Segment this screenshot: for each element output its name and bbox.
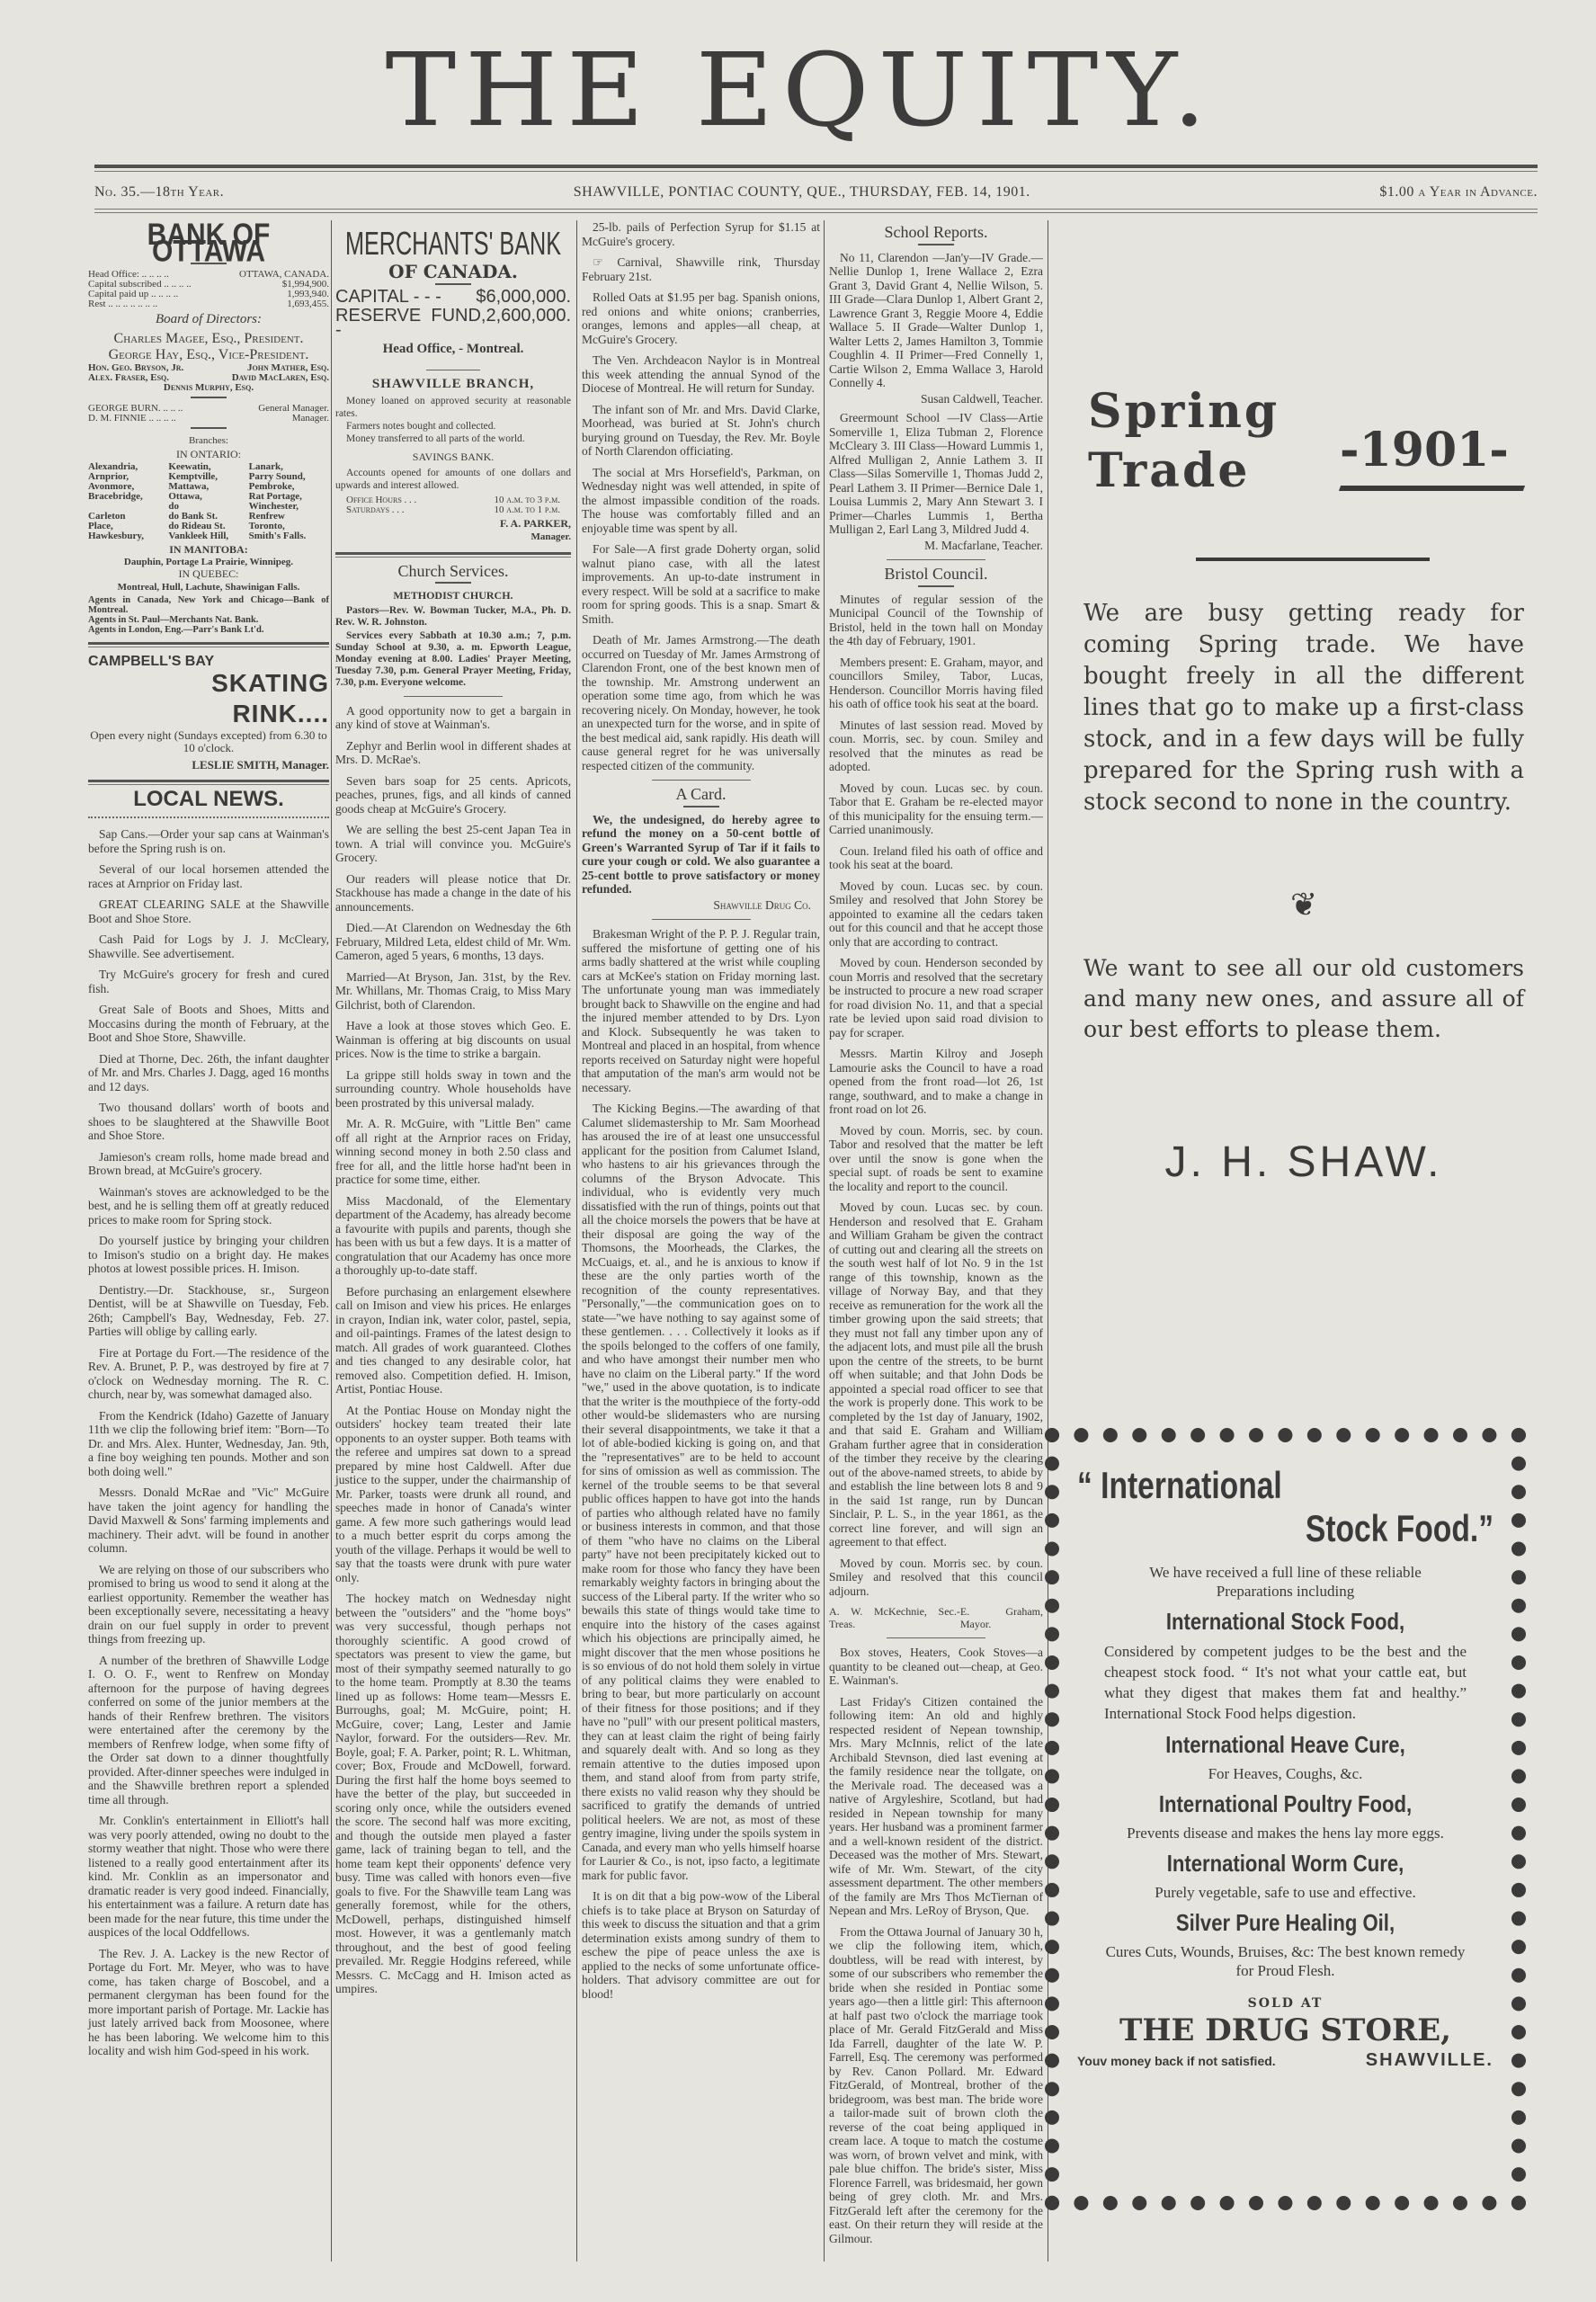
news-item: Moved by coun. Morris, sec. by coun. Tab… (829, 1124, 1043, 1194)
news-item: From the Ottawa Journal of January 30 h,… (829, 1925, 1043, 2246)
news-item: We are selling the best 25-cent Japan Te… (335, 823, 571, 865)
news-item: Great Sale of Boots and Shoes, Mitts and… (88, 1003, 329, 1045)
product-name: International Stock Food, (1109, 1608, 1463, 1636)
news-item: Died.—At Clarendon on Wednesday the 6th … (335, 921, 571, 963)
card-notice: A Card. We, the undesigned, do hereby ag… (582, 788, 820, 912)
spring-trade-ad: SpringTrade -1901- We are busy getting r… (1070, 220, 1538, 1425)
col2-news-list: A good opportunity now to get a bargain … (335, 704, 571, 1996)
branch-name: Renfrew (249, 512, 329, 522)
head-office: Head Office, - Montreal. (335, 343, 571, 357)
branch-name: Alexandria, (88, 462, 168, 472)
ontario-heading: IN ONTARIO: (88, 448, 329, 462)
savings-heading: SAVINGS BANK. (335, 451, 571, 465)
news-item: Miss Macdonald, of the Elementary depart… (335, 1194, 571, 1278)
bank-of-ottawa-title: BANK OF OTTAWA (88, 228, 329, 260)
news-item: It is on dit that a big pow-wow of the L… (582, 1889, 820, 2001)
news-item: Moved by coun. Henderson seconded by cou… (829, 956, 1043, 1039)
news-item: 25-lb. pails of Perfection Syrup for $1.… (582, 220, 820, 248)
skating-line-3: RINK.... (88, 699, 329, 729)
branch-name: Arnprior, (88, 472, 168, 482)
sold-at: SOLD AT (1077, 1996, 1493, 2011)
bank-line: Farmers notes bought and collected. (335, 420, 571, 433)
news-item: Messrs. Donald McRae and "Vic" McGuire h… (88, 1486, 329, 1556)
news-item: A number of the brethren of Shawville Lo… (88, 1654, 329, 1807)
news-item: Died at Thorne, Dec. 26th, the infant da… (88, 1052, 329, 1094)
dateline-rule-2 (94, 212, 1538, 213)
news-item: We are relying on those of our subscribe… (88, 1563, 329, 1646)
column-4: School Reports. No 11, Clarendon —Jan'y—… (829, 220, 1043, 2253)
news-item: At the Pontiac House on Monday night the… (335, 1404, 571, 1585)
spring-signature: J. H. SHAW. (1070, 1138, 1538, 1187)
branch-name: do (168, 502, 248, 512)
year-underline (1339, 486, 1525, 491)
branch-name: Hawkesbury, (88, 531, 168, 541)
news-item: Members present: E. Graham, mayor, and c… (829, 656, 1043, 711)
news-item: Wainman's stoves are acknowledged to be … (88, 1185, 329, 1227)
divider (426, 370, 480, 370)
agents: Agents in Canada, New York and Chicago—B… (88, 595, 329, 615)
news-item: La grippe still holds sway in town and t… (335, 1068, 571, 1111)
news-item: Several of our local horsemen attended t… (88, 862, 329, 890)
local-news-list: Sap Cans.—Order your sap cans at Wainman… (88, 827, 329, 2058)
subscription-price: $1.00 a Year in Advance. (1379, 184, 1538, 201)
branch-name: SHAWVILLE BRANCH, (335, 378, 571, 392)
branch-name: Bracebridge, (88, 492, 168, 502)
skating-line-1: CAMPBELL'S BAY (88, 655, 329, 669)
card-heading: A Card. (582, 788, 820, 802)
branch-name: Winchester, (249, 502, 329, 512)
bristol-signatures: A. W. McKechnie, Sec.-Treas.E. Graham, M… (829, 1605, 1043, 1630)
news-item: Messrs. Martin Kilroy and Joseph Lamouri… (829, 1047, 1043, 1117)
news-item: The hockey match on Wednesday night betw… (335, 1592, 571, 1996)
bank-row: Rest .. .. .. .. .. .. ..1,693,455. (88, 299, 329, 309)
news-item: The Kicking Begins.—The awarding of that… (582, 1102, 820, 1882)
col3-news-list-b: Brakesman Wright of the P. P. J. Regular… (582, 927, 820, 2001)
news-item: ☞ Carnival, Shawville rink, Thursday Feb… (582, 255, 820, 283)
product-desc: For Heaves, Coughs, &c. (1077, 1764, 1493, 1783)
manitoba-branches: Dauphin, Portage La Prairie, Winnipeg. (88, 557, 329, 567)
card-text: We, the undesigned, do hereby agree to r… (582, 813, 820, 897)
clarendon-report: No 11, Clarendon —Jan'y—IV Grade.—Nellie… (829, 251, 1043, 390)
service-times: Services every Sabbath at 10.30 a.m.; 7,… (335, 630, 571, 689)
divider (404, 696, 503, 697)
news-item: The Rev. J. A. Lackey is the new Rector … (88, 1947, 329, 2058)
masthead-title: THE EQUITY. (180, 31, 1421, 150)
vice-president: George Hay, Esq., Vice-President. (88, 347, 329, 363)
section-rule (88, 780, 329, 785)
bristol-council: Bristol Council. Minutes of regular sess… (829, 567, 1043, 1630)
news-item: Brakesman Wright of the P. P. J. Regular… (582, 927, 820, 1094)
branches-heading: Branches: (88, 434, 329, 449)
spring-body-1: We are busy getting ready for coming Spr… (1083, 598, 1524, 818)
news-item: Seven bars soap for 25 cents. Apricots, … (335, 774, 571, 816)
merchants-bank-ad: MERCHANTS' BANK OF CANADA. CAPITAL - - -… (335, 226, 571, 545)
product-desc: Cures Cuts, Wounds, Bruises, &c: The bes… (1077, 1942, 1493, 1980)
drug-store: THE DRUG STORE, (1077, 2012, 1493, 2048)
directors-row: Dennis Murphy, Esq. (88, 383, 329, 393)
column-divider (576, 220, 577, 2262)
news-item: Mr. Conklin's entertainment in Elliott's… (88, 1814, 329, 1940)
section-rule (88, 642, 329, 647)
branch-name: Lanark, (249, 462, 329, 472)
school-heading: School Reports. (829, 226, 1043, 240)
news-item: Moved by coun. Lucas sec. by coun. Tabor… (829, 781, 1043, 837)
stock-food-ad: “ International Stock Food.” We have rec… (1045, 1428, 1526, 2210)
wavy-rule (88, 811, 329, 818)
masthead-rule (94, 165, 1538, 168)
news-item: Moved by coun. Morris sec. by coun. Smil… (829, 1557, 1043, 1599)
local-news-heading: LOCAL NEWS. (88, 792, 329, 807)
quebec-branches: Montreal, Hull, Lachute, Shawinigan Fall… (88, 582, 329, 593)
manitoba-heading: IN MANITOBA: (88, 543, 329, 558)
news-item: Two thousand dollars' worth of boots and… (88, 1101, 329, 1143)
column-3: 25-lb. pails of Perfection Syrup for $1.… (582, 220, 820, 2008)
news-item: The social at Mrs Horsefield's, Parkman,… (582, 466, 820, 536)
news-item: Cash Paid for Logs by J. J. McCleary, Sh… (88, 932, 329, 960)
divider (1196, 558, 1430, 561)
stock-title-2: Stock Food.” (1161, 1507, 1493, 1550)
place-date: SHAWVILLE, PONTIAC COUNTY, QUE., THURSDA… (574, 184, 1030, 201)
product-name: International Poultry Food, (1109, 1790, 1463, 1818)
news-item: Moved by coun. Lucas sec. by coun. Hende… (829, 1200, 1043, 1549)
news-item: Minutes of regular session of the Munici… (829, 593, 1043, 648)
divider (652, 780, 751, 781)
branch-name: Parry Sound, (249, 472, 329, 482)
branch-name: Vankleek Hill, (168, 531, 248, 541)
divider (435, 582, 471, 584)
news-item: Coun. Ireland filed his oath of office a… (829, 844, 1043, 872)
bank-line: Money transferred to all parts of the wo… (335, 433, 571, 445)
directors-row: Hon. Geo. Bryson, Jr.John Mather, Esq. (88, 363, 329, 373)
column-2: MERCHANTS' BANK OF CANADA. CAPITAL - - -… (335, 220, 571, 2003)
stock-footer: Youv money back if not satisfied. SHAWVI… (1077, 2050, 1493, 2071)
capital-row: CAPITAL - - -$6,000,000. (335, 290, 571, 305)
branch-name: Keewatin, (168, 462, 248, 472)
branch-name: Ottawa, (168, 492, 248, 502)
president: Charles Magee, Esq., President. (88, 331, 329, 347)
branch-name: Mattawa, (168, 482, 248, 492)
divider (683, 806, 719, 807)
news-item: From the Kendrick (Idaho) Gazette of Jan… (88, 1409, 329, 1479)
branch-name: do Rideau St. (168, 522, 248, 531)
spring-title: SpringTrade (1088, 382, 1279, 501)
gm-row: GEORGE BURN. .. .. ..General Manager. (88, 404, 329, 414)
church-services: Church Services. METHODIST CHURCH. Pasto… (335, 565, 571, 689)
dateline-rule (94, 209, 1538, 210)
news-item: Have a look at those stoves which Geo. E… (335, 1019, 571, 1061)
skating-manager: LESLIE SMITH, Manager. (88, 758, 329, 772)
agents: Agents in St. Paul—Merchants Nat. Bank. (88, 615, 329, 625)
pastors: Pastors—Rev. W. Bowman Tucker, M.A., Ph.… (335, 605, 571, 629)
divider (435, 283, 471, 285)
news-item: The infant son of Mr. and Mrs. David Cla… (582, 403, 820, 459)
news-item: Married—At Bryson, Jan. 31st, by the Rev… (335, 970, 571, 1013)
divider (887, 559, 985, 560)
branch-name: Toronto, (249, 522, 329, 531)
news-item: Sap Cans.—Order your sap cans at Wainman… (88, 827, 329, 855)
bristol-heading: Bristol Council. (829, 567, 1043, 582)
bank-signature: F. A. PARKER, (335, 517, 571, 531)
news-item: GREAT CLEARING SALE at the Shawville Boo… (88, 897, 329, 925)
column-divider (824, 220, 825, 2262)
news-item: Death of Mr. James Armstrong.—The death … (582, 633, 820, 772)
branch-name: Carleton (88, 512, 168, 522)
mgr-row: D. M. FINNIE .. .. .. ..Manager. (88, 414, 329, 424)
news-item: Fire at Portage du Fort.—The residence o… (88, 1346, 329, 1402)
column-divider (331, 220, 332, 2262)
news-item: Minutes of last session read. Moved by c… (829, 718, 1043, 774)
school-reports: School Reports. No 11, Clarendon —Jan'y—… (829, 226, 1043, 552)
branch-name: Kemptville, (168, 472, 248, 482)
branch-name: do Bank St. (168, 512, 248, 522)
news-item: Zephyr and Berlin wool in different shad… (335, 739, 571, 767)
news-item: Before purchasing an enlargement elsewhe… (335, 1285, 571, 1396)
issue-number: No. 35.—18th Year. (94, 184, 224, 201)
quebec-heading: IN QUEBEC: (88, 567, 329, 582)
section-rule (335, 552, 571, 558)
greermount-teacher: M. Macfarlane, Teacher. (829, 539, 1043, 553)
branch-name: Rat Portage, (249, 492, 329, 502)
news-item: Try McGuire's grocery for fresh and cure… (88, 968, 329, 995)
col3-news-list: 25-lb. pails of Perfection Syrup for $1.… (582, 220, 820, 772)
branch-name: Smith's Falls. (249, 531, 329, 541)
skating-rink-ad: CAMPBELL'S BAY SKATING RINK.... Open eve… (88, 655, 329, 772)
bank-signature-title: Manager. (335, 531, 571, 545)
divider (191, 397, 227, 398)
product-desc: Prevents disease and makes the hens lay … (1077, 1824, 1493, 1842)
bank-line: Money loaned on approved security at rea… (335, 395, 571, 420)
masthead-rule-thin (94, 171, 1538, 172)
news-item: Box stoves, Heaters, Cook Stoves—a quant… (829, 1646, 1043, 1688)
branch-name: Pembroke, (249, 482, 329, 492)
news-item: Do yourself justice by bringing your chi… (88, 1234, 329, 1276)
bristol-minutes: Minutes of regular session of the Munici… (829, 593, 1043, 1599)
church-name: METHODIST CHURCH. (335, 589, 571, 603)
agents: Agents in London, Eng.—Parr's Bank Lt'd. (88, 625, 329, 635)
news-item: Last Friday's Citizen contained the foll… (829, 1695, 1043, 1918)
card-signature: Shawville Drug Co. (582, 898, 811, 913)
divider (191, 427, 227, 429)
news-item: Moved by coun. Lucas sec. by coun. Smile… (829, 879, 1043, 950)
spring-body-2: We want to see all our old customers and… (1083, 953, 1524, 1045)
greermount-report: Greermount School —IV Class—Artie Somerv… (829, 411, 1043, 537)
newspaper-page: THE EQUITY. No. 35.—18th Year. SHAWVILLE… (0, 0, 1596, 2302)
stock-food-description: Considered by competent judges to be the… (1077, 1641, 1493, 1724)
merchants-bank-subtitle: OF CANADA. (335, 265, 571, 280)
spring-year: -1901- (1340, 423, 1509, 477)
directors-row: Alex. Fraser, Esq.David MacLaren, Esq. (88, 373, 329, 383)
dateline: No. 35.—18th Year. SHAWVILLE, PONTIAC CO… (94, 184, 1538, 201)
board-heading: Board of Directors: (88, 313, 329, 327)
money-back-guarantee: Youv money back if not satisfied. (1077, 2054, 1276, 2068)
news-item: Our readers will please notice that Dr. … (335, 872, 571, 915)
ontario-branches: Alexandria,Keewatin,Lanark,Arnprior,Kemp… (88, 462, 329, 541)
hours-row: Saturdays . . .10 a.m. to 1 p.m. (335, 505, 571, 515)
news-item: Rolled Oats at $1.95 per bag. Spanish on… (582, 290, 820, 346)
store-town: SHAWVILLE. (1366, 2050, 1493, 2071)
church-heading: Church Services. (335, 565, 571, 579)
divider (887, 1637, 985, 1638)
product-name: International Worm Cure, (1109, 1850, 1463, 1878)
branch-name: Avonmore, (88, 482, 168, 492)
clarendon-teacher: Susan Caldwell, Teacher. (829, 392, 1043, 406)
stock-title-1: “ International (1077, 1464, 1410, 1507)
news-item: Dentistry.—Dr. Stackhouse, sr., Surgeon … (88, 1283, 329, 1339)
news-item: For Sale—A first grade Doherty organ, so… (582, 542, 820, 626)
branch-name: Place, (88, 522, 168, 531)
skating-hours: Open every night (Sundays excepted) from… (88, 729, 329, 754)
divider (918, 585, 954, 587)
branch-name (88, 502, 168, 512)
reserve-row: RESERVE FUND, -2,600,000. (335, 309, 571, 337)
stock-intro: We have received a full line of these re… (1077, 1563, 1493, 1601)
fleuron-icon: ❦ (1290, 886, 1317, 923)
divider (918, 244, 954, 245)
bank-of-ottawa-ad: BANK OF OTTAWA Head Office: .. .. .. ..O… (88, 229, 329, 635)
hours-row: Office Hours . . .10 a.m. to 3 p.m. (335, 492, 571, 505)
news-item: Jamieson's cream rolls, home made bread … (88, 1150, 329, 1178)
news-item: Mr. A. R. McGuire, with "Little Ben" cam… (335, 1117, 571, 1187)
product-name: International Heave Cure, (1109, 1731, 1463, 1759)
column-1: BANK OF OTTAWA Head Office: .. .. .. ..O… (88, 220, 329, 2066)
merchants-bank-title: MERCHANTS' BANK (333, 226, 573, 262)
col4-news-list: Box stoves, Heaters, Cook Stoves—a quant… (829, 1646, 1043, 2245)
product-name: Silver Pure Healing Oil, (1109, 1909, 1463, 1937)
savings-text: Accounts opened for amounts of one dolla… (335, 467, 571, 492)
news-item: The Ven. Archdeacon Naylor is in Montrea… (582, 353, 820, 396)
divider (652, 919, 751, 920)
product-desc: Purely vegetable, safe to use and effect… (1077, 1883, 1493, 1902)
news-item: A good opportunity now to get a bargain … (335, 704, 571, 732)
skating-line-2: SKATING (88, 668, 329, 699)
